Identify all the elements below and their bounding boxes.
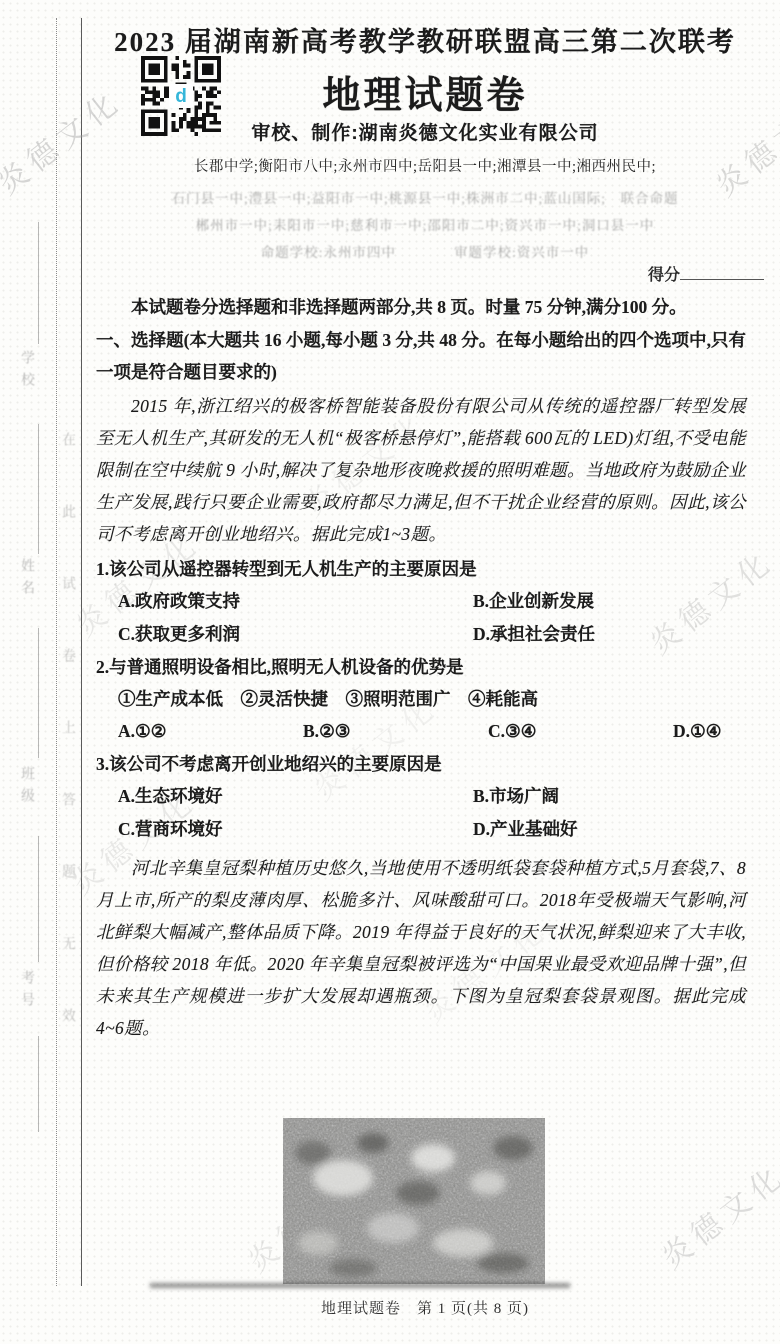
page-footer: 地理试题卷 第 1 页(共 8 页) [95, 1297, 755, 1318]
question-options: A.政府政策支持 B.企业创新发展 C.获取更多利润 D.承担社会责任 [96, 585, 746, 651]
option-d: D.①④ [673, 715, 746, 748]
binding-field-number: 考号 [16, 970, 36, 1014]
pear-orchard-photo [283, 1118, 545, 1284]
section-heading-rest: (本大题共 16 小题,每小题 3 分,共 48 分。在每小题给出的四个选项中,… [96, 330, 746, 382]
schools-line-2: 石门县一中;澧县一中;益阳市一中;桃源县一中;株洲市二中;蓝山国际; 联合命题 [95, 187, 755, 207]
score-blank-line [680, 265, 764, 280]
question-options: A.①② B.②③ C.③④ D.①④ [96, 715, 746, 748]
option-a: A.①② [118, 715, 303, 748]
section-heading-prefix: 一、选择题 [96, 330, 184, 350]
question-2: 2.与普通照明设备相比,照明无人机设备的优势是 ①生产成本低 ②灵活快捷 ③照明… [96, 651, 746, 748]
binding-blank-line [38, 836, 39, 962]
option-c: C.获取更多利润 [118, 618, 473, 651]
binding-field-class: 班级 [16, 766, 36, 810]
exam-content: 本试题卷分选择题和非选择题两部分,共 8 页。时量 75 分钟,满分100 分。… [96, 291, 746, 1044]
option-c: C.营商环境好 [118, 813, 473, 846]
option-a: A.生态环境好 [118, 780, 473, 813]
intro-paragraph: 本试题卷分选择题和非选择题两部分,共 8 页。时量 75 分钟,满分100 分。 [96, 291, 746, 323]
question-options: A.生态环境好 B.市场广阔 C.营商环境好 D.产业基础好 [96, 780, 746, 846]
binding-field-school: 学校 [16, 350, 36, 394]
question-sub-items: ①生产成本低 ②灵活快捷 ③照明范围广 ④耗能高 [96, 683, 746, 715]
question-stem: 1.该公司从遥控器转型到无人机生产的主要原因是 [96, 553, 746, 585]
option-b: B.企业创新发展 [473, 585, 746, 618]
doc-title: 地理试题卷 [95, 64, 755, 119]
binding-blank-line [38, 222, 39, 344]
option-d: D.承担社会责任 [473, 618, 746, 651]
binding-blank-line [38, 424, 39, 554]
question-1: 1.该公司从遥控器转型到无人机生产的主要原因是 A.政府政策支持 B.企业创新发… [96, 553, 746, 651]
score-box: 得分 [648, 262, 764, 285]
exam-paper-page: 学校 姓名 班级 考号 在此试卷上答题无效 炎德文化 炎德文化 炎德文化 炎德文… [0, 0, 780, 1344]
passage-1: 2015 年,浙江绍兴的极客桥智能装备股份有限公司从传统的遥控器厂转型发展至无人… [96, 390, 746, 550]
option-c: C.③④ [488, 715, 673, 748]
producer-line: 审校、制作:湖南炎德文化实业有限公司 [95, 118, 755, 145]
score-label: 得分 [648, 267, 680, 284]
watermark: 炎德文化 [650, 1151, 780, 1277]
binding-blank-line [38, 1036, 39, 1132]
schools-line-1: 长郡中学;衡阳市八中;永州市四中;岳阳县一中;湘潭县一中;湘西州民中; [95, 155, 755, 176]
question-stem: 2.与普通照明设备相比,照明无人机设备的优势是 [96, 651, 746, 683]
schools-line-3: 郴州市一中;耒阳市一中;慈利市一中;邵阳市二中;资兴市一中;洞口县一中 [95, 214, 755, 234]
question-stem: 3.该公司不考虑离开创业地绍兴的主要原因是 [96, 748, 746, 780]
option-d: D.产业基础好 [473, 813, 746, 846]
schools-line-4: 命题学校:永州市四中 审题学校:资兴市一中 [95, 241, 755, 261]
question-3: 3.该公司不考虑离开创业地绍兴的主要原因是 A.生态环境好 B.市场广阔 C.营… [96, 748, 746, 846]
photo-bottom-smudge [150, 1283, 570, 1288]
passage-2: 河北辛集皇冠梨种植历史悠久,当地使用不透明纸袋套袋种植方式,5月套袋,7、8 月… [96, 852, 746, 1044]
binding-blank-line [38, 628, 39, 758]
option-b: B.②③ [303, 715, 488, 748]
page-title: 2023 届湖南新高考教学教研联盟高三第二次联考 [95, 20, 755, 59]
section-heading: 一、选择题(本大题共 16 小题,每小题 3 分,共 48 分。在每小题给出的四… [96, 324, 746, 388]
binding-field-name: 姓名 [16, 558, 36, 602]
binding-notice-vertical: 在此试卷上答题无效 [57, 432, 77, 1080]
binding-line-solid [81, 18, 82, 1286]
option-b: B.市场广阔 [473, 780, 746, 813]
option-a: A.政府政策支持 [118, 585, 473, 618]
